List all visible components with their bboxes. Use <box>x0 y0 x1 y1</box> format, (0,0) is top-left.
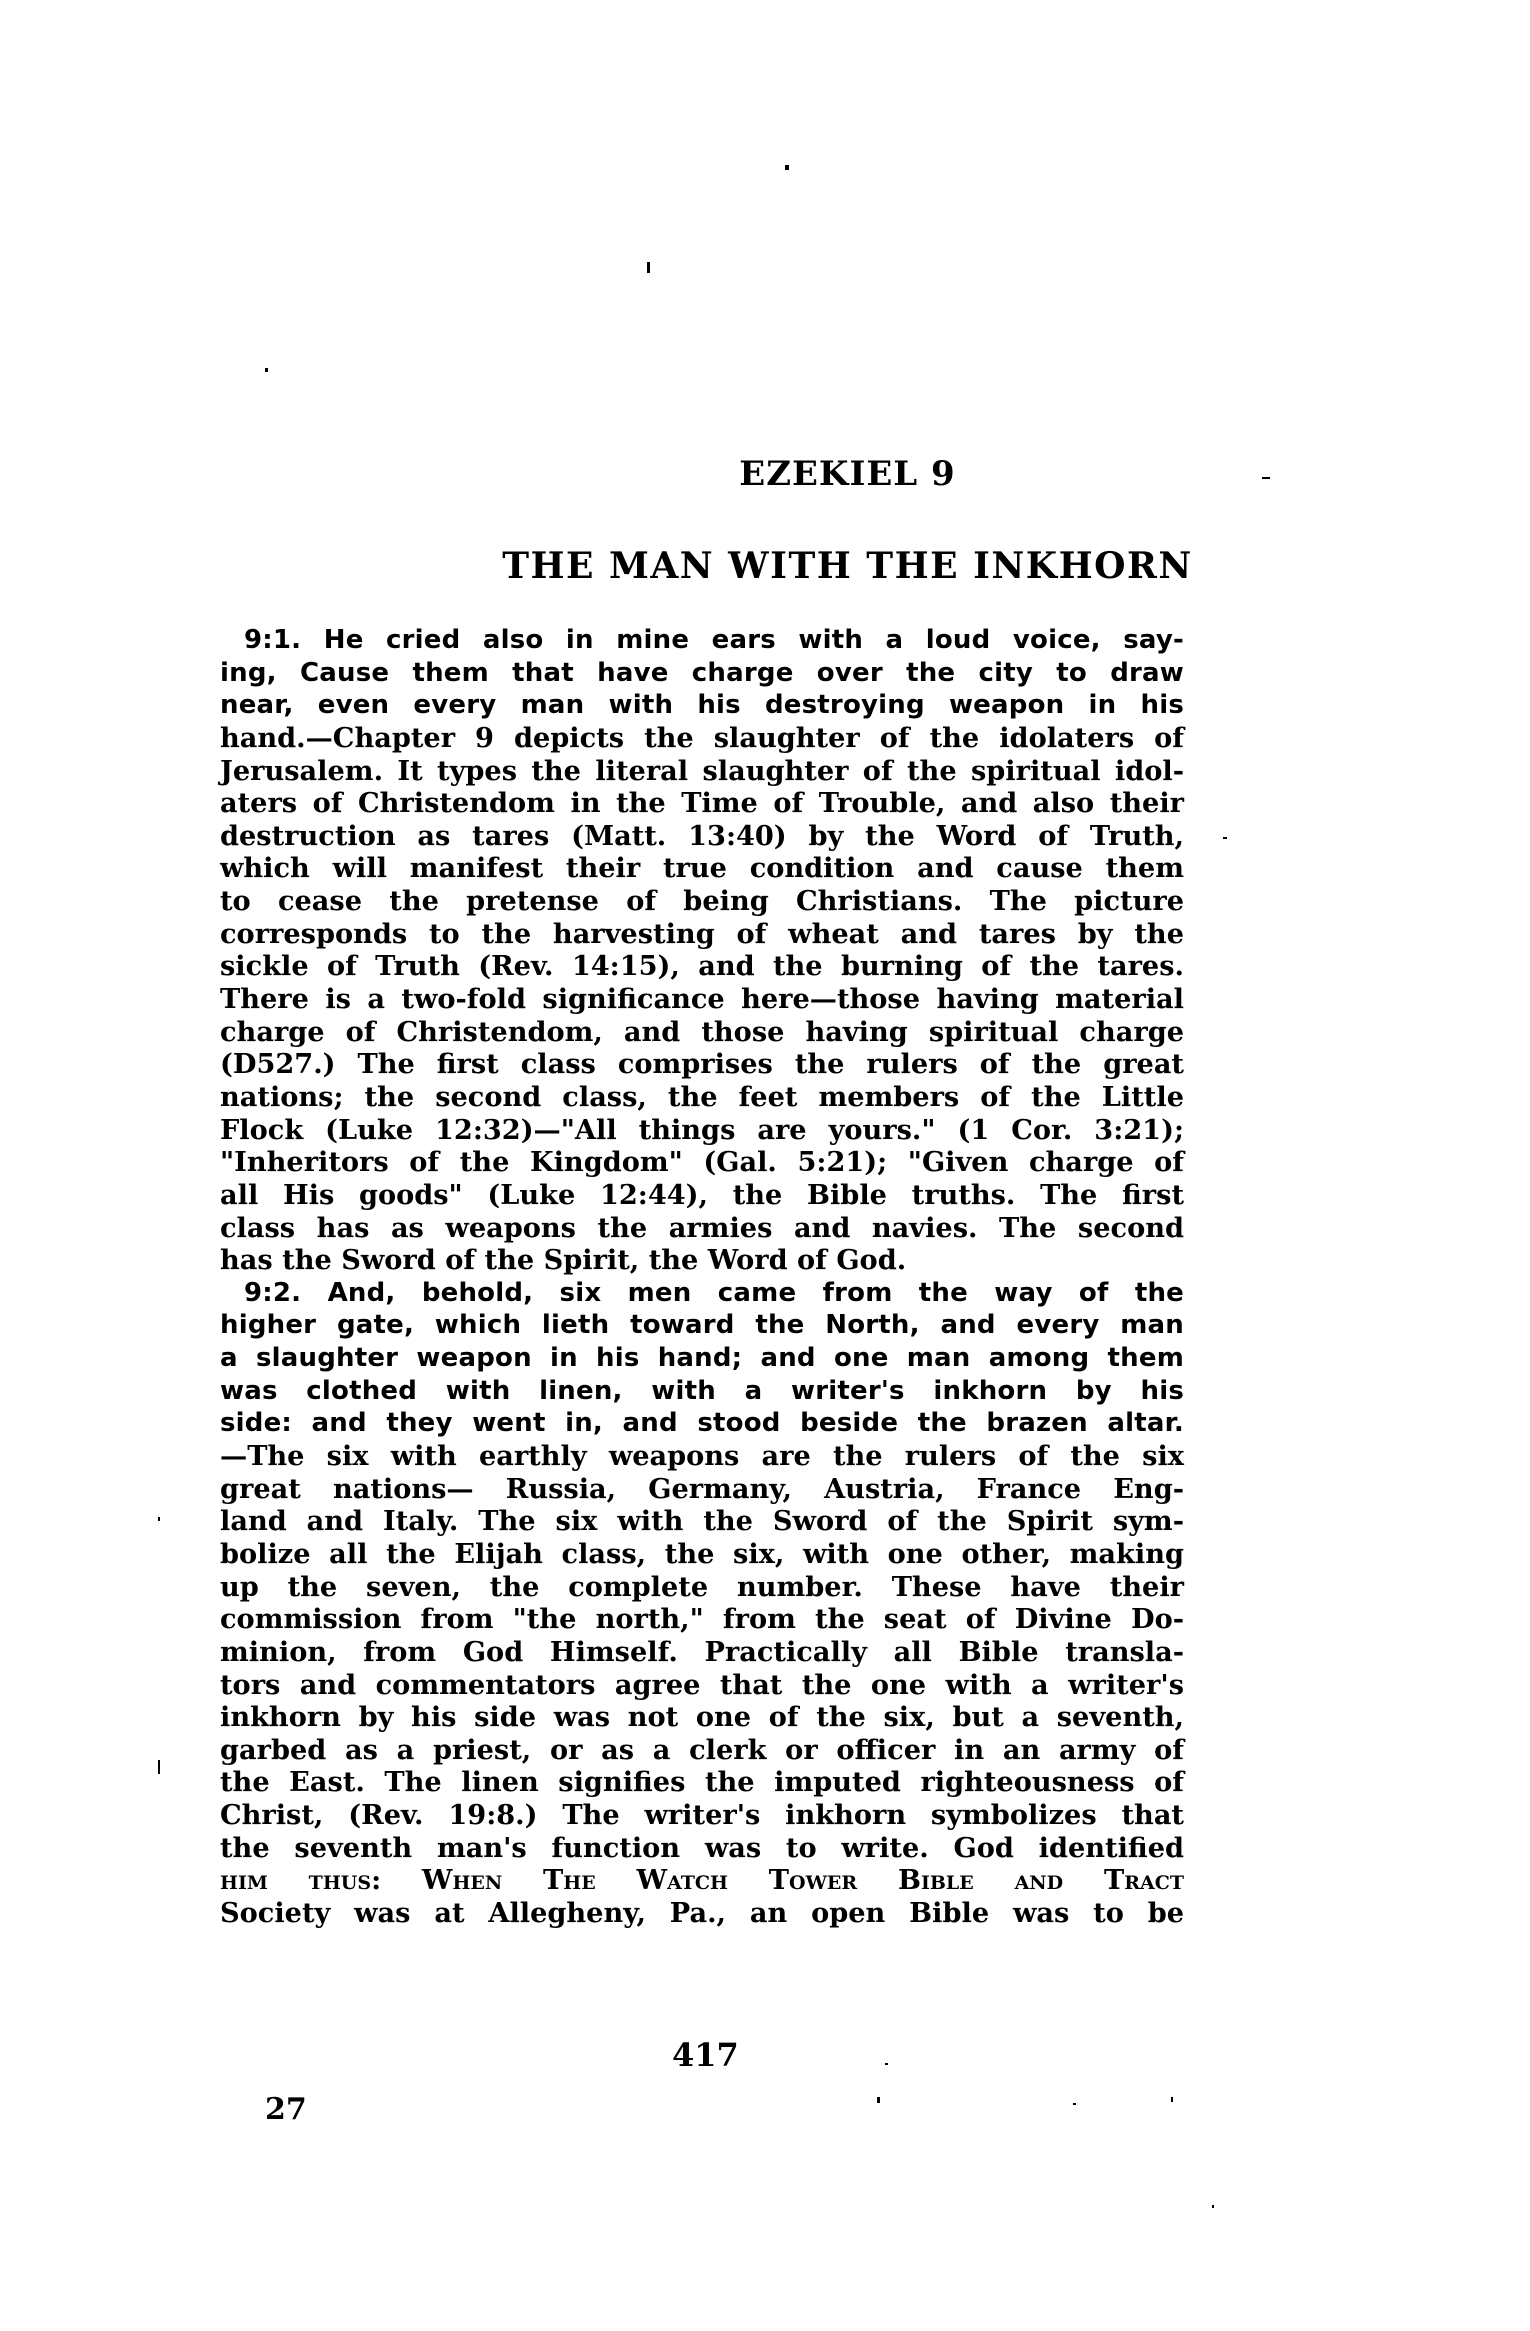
text-line: commission from "the north," from the se… <box>220 1603 1184 1636</box>
text-line: hand.—Chapter 9 depicts the slaughter of… <box>220 722 1184 755</box>
text-line: 9:2. And, behold, six men came from the … <box>220 1277 1184 1310</box>
scan-speck <box>158 1517 160 1521</box>
text-line: near, even every man with his destroying… <box>220 689 1184 722</box>
text-line: Society was at Allegheny, Pa., an open B… <box>220 1897 1184 1930</box>
text-line: all His goods" (Luke 12:44), the Bible t… <box>220 1179 1184 1212</box>
scan-speck <box>785 165 789 170</box>
text-line: Jerusalem. It types the literal slaughte… <box>220 755 1184 788</box>
text-line: aters of Christendom in the Time of Trou… <box>220 787 1184 820</box>
text-line: destruction as tares (Matt. 13:40) by th… <box>220 820 1184 853</box>
text-line: a slaughter weapon in his hand; and one … <box>220 1342 1184 1375</box>
text-line: sickle of Truth (Rev. 14:15), and the bu… <box>220 950 1184 983</box>
scan-speck <box>1212 2205 1214 2208</box>
text-line: great nations— Russia, Germany, Austria,… <box>220 1473 1184 1506</box>
chapter-title: EZEKIEL 9 <box>0 452 1530 496</box>
text-line: inkhorn by his side was not one of the s… <box>220 1701 1184 1734</box>
text-line: "Inheritors of the Kingdom" (Gal. 5:21);… <box>220 1146 1184 1179</box>
text-line: nations; the second class, the feet memb… <box>220 1081 1184 1114</box>
text-line: garbed as a priest, or as a clerk or off… <box>220 1734 1184 1767</box>
text-line: tors and commentators agree that the one… <box>220 1669 1184 1702</box>
text-line: the seventh man's function was to write.… <box>220 1832 1184 1865</box>
text-line: was clothed with linen, with a writer's … <box>220 1375 1184 1408</box>
commentary-body: 9:1. He cried also in mine ears with a l… <box>220 624 1184 1930</box>
scan-speck <box>1073 2103 1076 2105</box>
scan-speck <box>1262 477 1270 479</box>
text-line: —The six with earthly weapons are the ru… <box>220 1440 1184 1473</box>
text-line: minion, from God Himself. Practically al… <box>220 1636 1184 1669</box>
text-line: side: and they went in, and stood beside… <box>220 1407 1184 1440</box>
text-line: (D527.) The first class comprises the ru… <box>220 1048 1184 1081</box>
text-line: him thus: When The Watch Tower Bible and… <box>220 1864 1184 1897</box>
text-line: corresponds to the harvesting of wheat a… <box>220 918 1184 951</box>
scan-speck <box>1171 2097 1173 2102</box>
text-line: Christ, (Rev. 19:8.) The writer's inkhor… <box>220 1799 1184 1832</box>
text-line: up the seven, the complete number. These… <box>220 1571 1184 1604</box>
scan-speck <box>265 368 268 372</box>
text-line: 9:1. He cried also in mine ears with a l… <box>220 624 1184 657</box>
text-line: has the Sword of the Spirit, the Word of… <box>220 1244 1184 1277</box>
chapter-subtitle: THE MAN WITH THE INKHORN <box>0 542 1530 590</box>
scan-speck <box>158 1760 160 1774</box>
text-line: land and Italy. The six with the Sword o… <box>220 1505 1184 1538</box>
text-line: higher gate, which lieth toward the Nort… <box>220 1309 1184 1342</box>
text-line: the East. The linen signifies the impute… <box>220 1766 1184 1799</box>
document-page: EZEKIEL 9 THE MAN WITH THE INKHORN 9:1. … <box>0 0 1530 2331</box>
scan-speck <box>877 2097 880 2103</box>
text-line: to cease the pretense of being Christian… <box>220 885 1184 918</box>
text-line: Flock (Luke 12:32)—"All things are yours… <box>220 1114 1184 1147</box>
signature-mark: 27 <box>265 2092 307 2127</box>
scan-speck <box>1223 837 1227 839</box>
text-line: bolize all the Elijah class, the six, wi… <box>220 1538 1184 1571</box>
text-line: There is a two-fold significance here—th… <box>220 983 1184 1016</box>
text-line: charge of Christendom, and those having … <box>220 1016 1184 1049</box>
scan-speck <box>647 262 650 273</box>
scan-speck <box>885 2063 888 2065</box>
page-number: 417 <box>672 2036 739 2074</box>
text-line: ing, Cause them that have charge over th… <box>220 657 1184 690</box>
text-line: which will manifest their true condition… <box>220 852 1184 885</box>
text-line: class has as weapons the armies and navi… <box>220 1212 1184 1245</box>
